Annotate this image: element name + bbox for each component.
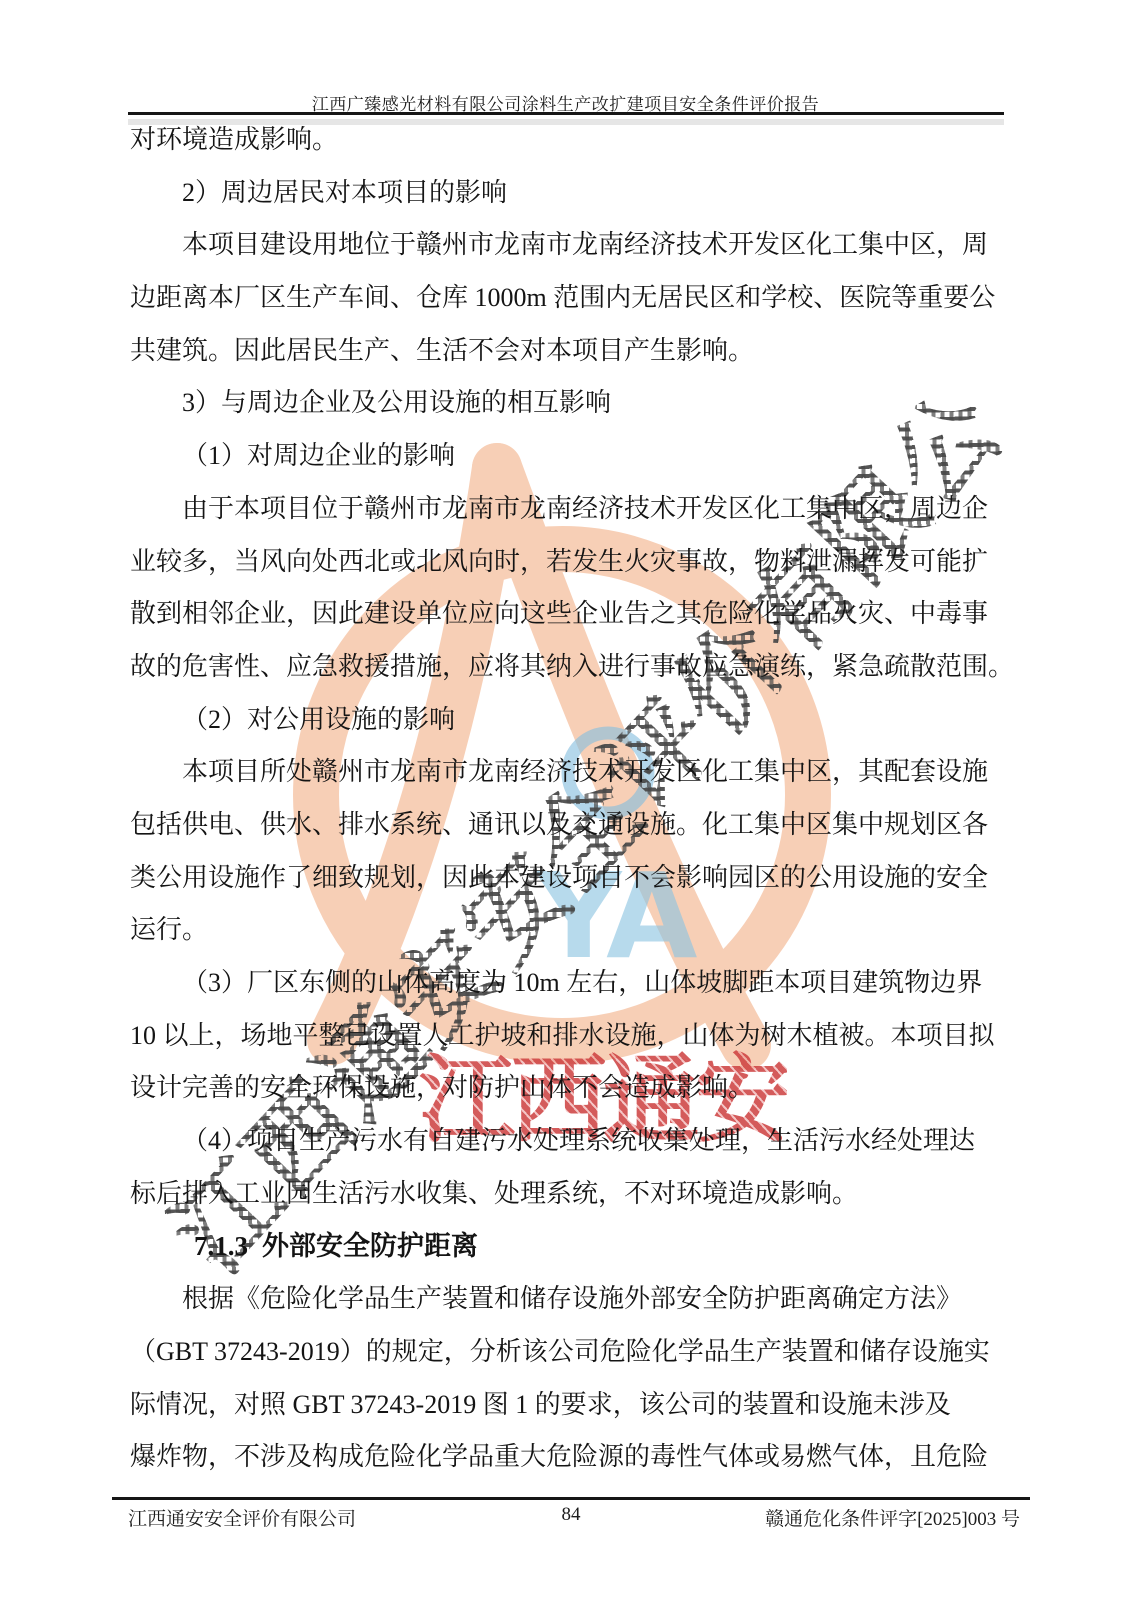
body-line: 爆炸物，不涉及构成危险化学品重大危险源的毒性气体或易燃气体，且危险 (130, 1431, 1004, 1484)
body-line: 边距离本厂区生产车间、仓库 1000m 范围内无居民区和学校、医院等重要公 (130, 272, 1004, 325)
body-line: 包括供电、供水、排水系统、通讯以及交通设施。化工集中区集中规划区各 (130, 799, 1004, 852)
section-heading-title: 外部安全防护距离 (262, 1231, 478, 1262)
body-line: 根据《危险化学品生产装置和储存设施外部安全防护距离确定方法》 (130, 1273, 1004, 1326)
body-lines: 对环境造成影响。2）周边居民对本项目的影响本项目建设用地位于赣州市龙南市龙南经济… (130, 114, 1004, 1484)
body-line: （GBT 37243-2019）的规定，分析该公司危险化学品生产装置和储存设施实 (130, 1326, 1004, 1379)
body-line: 设计完善的安全环保设施，对防护山体不会造成影响。 (130, 1062, 1004, 1115)
body-line: 业较多，当风向处西北或北风向时，若发生火灾事故，物料泄漏挥发可能扩 (130, 536, 1004, 589)
body-line: 本项目所处赣州市龙南市龙南经济技术开发区化工集中区，其配套设施 (130, 746, 1004, 799)
body-line: 由于本项目位于赣州市龙南市龙南经济技术开发区化工集中区，周边企 (130, 483, 1004, 536)
body-line: 散到相邻企业，因此建设单位应向这些企业告之其危险化学品火灾、中毒事 (130, 588, 1004, 641)
body-line: （1）对周边企业的影响 (130, 430, 1004, 483)
body-line: 10 以上，场地平整已设置人工护坡和排水设施，山体为树木植被。本项目拟 (130, 1010, 1004, 1063)
body-line: 本项目建设用地位于赣州市龙南市龙南经济技术开发区化工集中区，周 (130, 219, 1004, 272)
body-line: 2）周边居民对本项目的影响 (130, 167, 1004, 220)
body-line: 类公用设施作了细致规划，因此本建设项目不会影响园区的公用设施的安全 (130, 852, 1004, 905)
body-line: 对环境造成影响。 (130, 114, 1004, 167)
page-root: { "header": { "title": "江西广臻感光材料有限公司涂料生产… (0, 0, 1131, 1600)
section-heading: 7.1.3外部安全防护距离 (130, 1220, 1004, 1273)
body-line: （3）厂区东侧的山体高度为 10m 左右，山体坡脚距本项目建筑物边界 (130, 957, 1004, 1010)
body-line: 3）与周边企业及公用设施的相互影响 (130, 377, 1004, 430)
body-line: （4）项目生产污水有自建污水处理系统收集处理，生活污水经处理达 (130, 1115, 1004, 1168)
body-line: 运行。 (130, 904, 1004, 957)
footer-doc-number: 赣通危化条件评字[2025]003 号 (765, 1504, 1020, 1531)
footer-rule (112, 1497, 1030, 1500)
body-line: 故的危害性、应急救援措施，应将其纳入进行事故应急演练，紧急疏散范围。 (130, 641, 1004, 694)
section-heading-number: 7.1.3 (194, 1231, 248, 1261)
page-footer: 江西通安安全评价有限公司 84 赣通危化条件评字[2025]003 号 (112, 1504, 1030, 1534)
body-line: （2）对公用设施的影响 (130, 694, 1004, 747)
body-line: 标后排入工业园生活污水收集、处理系统，不对环境造成影响。 (130, 1168, 1004, 1221)
body-line: 际情况，对照 GBT 37243-2019 图 1 的要求，该公司的装置和设施未… (130, 1379, 1004, 1432)
body-line: 共建筑。因此居民生产、生活不会对本项目产生影响。 (130, 325, 1004, 378)
